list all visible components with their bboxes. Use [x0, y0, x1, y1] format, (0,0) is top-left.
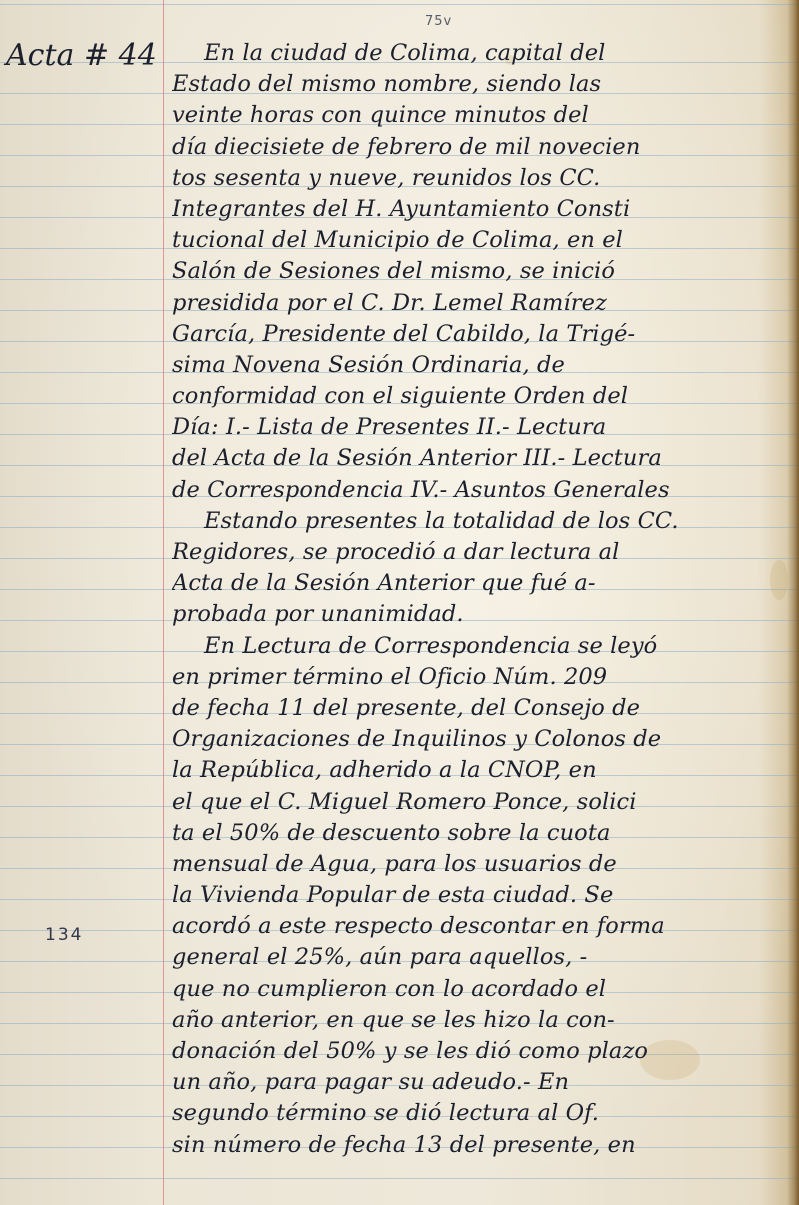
text-line: general el 25%, aún para aquellos, -: [172, 942, 787, 973]
text-line: tos sesenta y nueve, reunidos los CC.: [172, 163, 787, 194]
text-line: Organizaciones de Inquilinos y Colonos d…: [172, 724, 787, 755]
text-line: tucional del Municipio de Colima, en el: [172, 225, 787, 256]
text-line: año anterior, en que se les hizo la con-: [172, 1005, 787, 1036]
red-margin-line: [163, 0, 164, 1205]
text-line: García, Presidente del Cabildo, la Trigé…: [172, 319, 787, 350]
text-line: la Vivienda Popular de esta ciudad. Se: [172, 880, 787, 911]
binding-edge: [787, 0, 799, 1205]
text-line: en primer término el Oficio Núm. 209: [172, 662, 787, 693]
text-line: que no cumplieron con lo acordado el: [172, 974, 787, 1005]
text-line: segundo término se dió lectura al Of.: [172, 1098, 787, 1129]
text-line: ta el 50% de descuento sobre la cuota: [172, 818, 787, 849]
acta-heading: Acta # 44: [6, 38, 157, 73]
text-line: sin número de fecha 13 del presente, en: [172, 1130, 787, 1161]
text-line: Estando presentes la totalidad de los CC…: [172, 506, 787, 537]
text-line: la República, adherido a la CNOP, en: [172, 755, 787, 786]
text-line: presidida por el C. Dr. Lemel Ramírez: [172, 288, 787, 319]
handwritten-minutes-text: En la ciudad de Colima, capital del Esta…: [172, 38, 787, 1161]
text-line: día diecisiete de febrero de mil novecie…: [172, 132, 787, 163]
text-line: mensual de Agua, para los usuarios de: [172, 849, 787, 880]
text-line: Regidores, se procedió a dar lectura al: [172, 537, 787, 568]
text-line: veinte horas con quince minutos del: [172, 100, 787, 131]
folio-number: 75v: [425, 14, 452, 29]
text-line: Integrantes del H. Ayuntamiento Consti: [172, 194, 787, 225]
text-line: donación del 50% y se les dió como plazo: [172, 1036, 787, 1067]
text-line: de fecha 11 del presente, del Consejo de: [172, 693, 787, 724]
text-line: En la ciudad de Colima, capital del: [172, 38, 787, 69]
text-line: sima Novena Sesión Ordinaria, de: [172, 350, 787, 381]
text-line: Día: I.- Lista de Presentes II.- Lectura: [172, 412, 787, 443]
ledger-page: 75v Acta # 44 134 En la ciudad de Colima…: [0, 0, 799, 1205]
text-line: de Correspondencia IV.- Asuntos Generale…: [172, 475, 787, 506]
text-line: probada por unanimidad.: [172, 599, 787, 630]
text-line: Acta de la Sesión Anterior que fué a-: [172, 568, 787, 599]
text-line: un año, para pagar su adeudo.- En: [172, 1067, 787, 1098]
margin-note-number: 134: [45, 925, 83, 945]
text-line: del Acta de la Sesión Anterior III.- Lec…: [172, 443, 787, 474]
text-line: el que el C. Miguel Romero Ponce, solici: [172, 787, 787, 818]
text-line: Salón de Sesiones del mismo, se inició: [172, 256, 787, 287]
text-line: conformidad con el siguiente Orden del: [172, 381, 787, 412]
text-line: acordó a este respecto descontar en form…: [172, 911, 787, 942]
text-line: En Lectura de Correspondencia se leyó: [172, 631, 787, 662]
text-line: Estado del mismo nombre, siendo las: [172, 69, 787, 100]
